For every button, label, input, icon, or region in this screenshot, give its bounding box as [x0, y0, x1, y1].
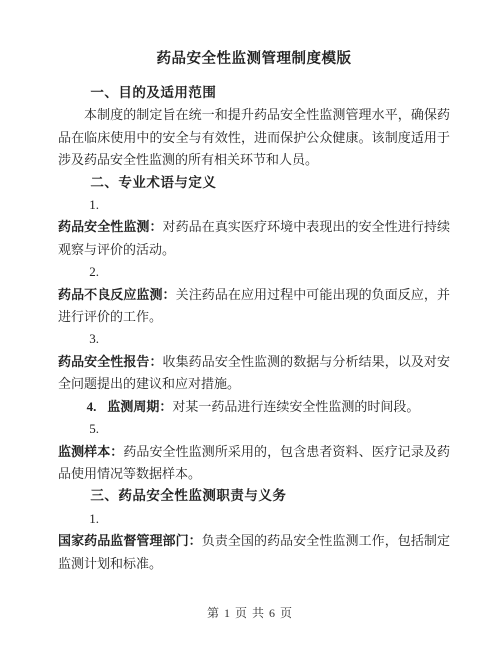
term-item-3-label: 药品安全性报告：	[58, 354, 163, 369]
term-item-4-text: 对某一药品进行连续安全性监测的时间段。	[172, 399, 419, 414]
duty-item-1-number: 1.	[58, 508, 450, 530]
term-item-4-label: 监测周期：	[107, 399, 172, 414]
term-item-5-definition: 监测样本：药品安全性监测所采用的，包含患者资料、医疗记录及药品使用情况等数据样本…	[58, 441, 450, 486]
term-item-2-number: 2.	[58, 261, 450, 283]
term-item-1-label: 药品安全性监测：	[58, 219, 163, 234]
term-item-5-number: 5.	[58, 418, 450, 440]
term-item-5-label: 监测样本：	[58, 444, 123, 459]
section-heading-duties: 三、药品安全性监测职责与义务	[58, 485, 450, 507]
document-page: 药品安全性监测管理制度模版 一、目的及适用范围 本制度的制定旨在统一和提升药品安…	[0, 0, 500, 647]
term-item-3-definition: 药品安全性报告：收集药品安全性监测的数据与分析结果，以及对安全问题提出的建议和应…	[58, 351, 450, 396]
section-heading-terms: 二、专业术语与定义	[58, 172, 450, 194]
section-heading-purpose: 一、目的及适用范围	[58, 82, 450, 104]
page-footer-text: 第 1 页 共 6 页	[207, 606, 293, 620]
term-item-2-definition: 药品不良反应监测：关注药品在应用过程中可能出现的负面反应，并进行评价的工作。	[58, 284, 450, 329]
term-item-4-definition: 4.监测周期：对某一药品进行连续安全性监测的时间段。	[58, 396, 450, 418]
term-item-3-number: 3.	[58, 328, 450, 350]
duty-item-1-label: 国家药品监督管理部门：	[58, 533, 202, 548]
term-item-2-label: 药品不良反应监测：	[58, 287, 176, 302]
document-content: 药品安全性监测管理制度模版 一、目的及适用范围 本制度的制定旨在统一和提升药品安…	[58, 48, 450, 575]
document-title: 药品安全性监测管理制度模版	[58, 48, 450, 70]
term-item-4-number: 4.	[87, 399, 97, 414]
purpose-paragraph: 本制度的制定旨在统一和提升药品安全性监测管理水平，确保药品在临床使用中的安全与有…	[58, 104, 450, 171]
term-item-1-definition: 药品安全性监测：对药品在真实医疗环境中表现出的安全性进行持续观察与评价的活动。	[58, 216, 450, 261]
duty-item-1-definition: 国家药品监督管理部门：负责全国的药品安全性监测工作，包括制定监测计划和标准。	[58, 530, 450, 575]
page-footer: 第 1 页 共 6 页	[0, 604, 500, 621]
term-item-1-number: 1.	[58, 194, 450, 216]
